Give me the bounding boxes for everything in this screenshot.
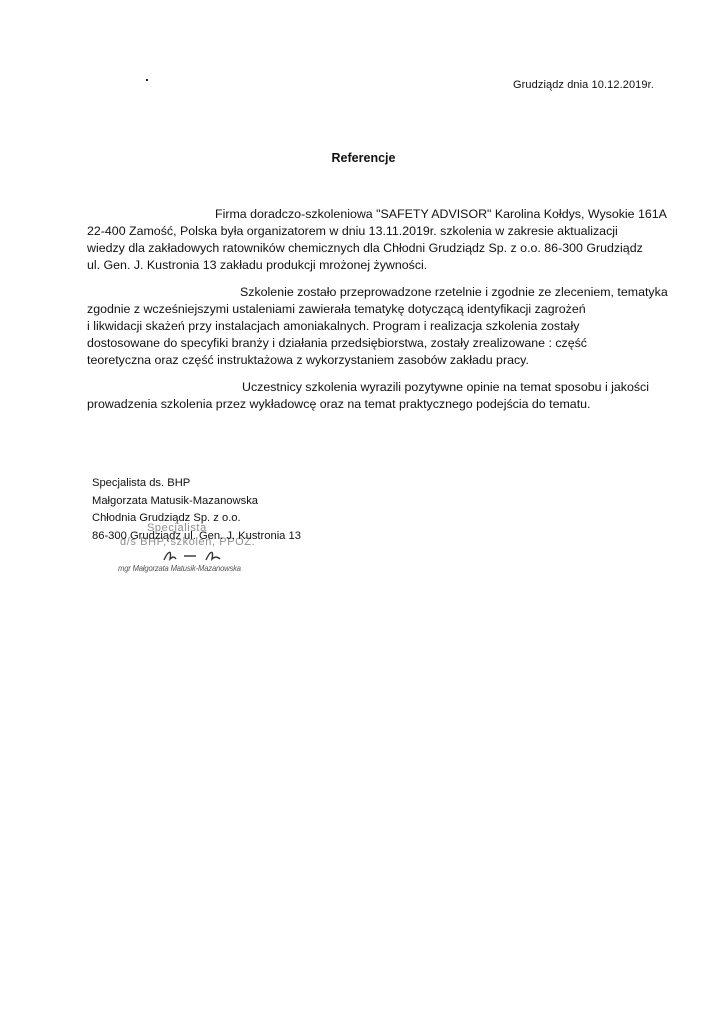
paragraph-line: teoretyczna oraz część instruktażowa z w… [87,352,647,369]
paragraph-line: Firma doradczo-szkoleniowa "SAFETY ADVIS… [87,206,647,223]
signature-line: Chłodnia Grudziądz Sp. z o.o. [92,510,301,528]
paragraph-line: Szkolenie zostało przeprowadzone rzeteln… [87,284,647,301]
paragraph-line: prowadzenia szkolenia przez wykładowcę o… [87,396,647,413]
paragraph-line: ul. Gen. J. Kustronia 13 zakładu produkc… [87,257,647,274]
paragraph-line: i likwidacji skażeń przy instalacjach am… [87,318,647,335]
paragraph-line: zgodnie z wcześniejszymi ustaleniami zaw… [87,301,647,318]
document-page: Grudziądz dnia 10.12.2019r. Referencje F… [0,0,727,1024]
stamp-name: mgr Małgorzata Matusik-Mazanowska [118,563,241,573]
paragraph-3: Uczestnicy szkolenia wyrazili pozytywne … [87,379,647,413]
paragraph-line: 22-400 Zamość, Polska była organizatorem… [87,223,647,240]
signature-line: Małgorzata Matusik-Mazanowska [92,493,301,511]
place-date: Grudziądz dnia 10.12.2019r. [513,79,654,91]
paragraph-line: Uczestnicy szkolenia wyrazili pozytywne … [87,379,647,396]
scan-speck [146,79,148,81]
paragraph-line: wiedzy dla zakładowych ratowników chemic… [87,240,647,257]
signature-block: Specjalista ds. BHP Małgorzata Matusik-M… [92,475,301,545]
paragraph-1: Firma doradczo-szkoleniowa "SAFETY ADVIS… [87,206,647,274]
signature-line: 86-300 Grudziądz ul. Gen. J. Kustronia 1… [92,528,301,546]
document-title: Referencje [0,151,727,165]
paragraph-2: Szkolenie zostało przeprowadzone rzeteln… [87,284,647,369]
handwritten-signature-icon [160,547,230,563]
paragraph-line: dostosowane do specyfiki branży i działa… [87,335,647,352]
signature-line: Specjalista ds. BHP [92,475,301,493]
